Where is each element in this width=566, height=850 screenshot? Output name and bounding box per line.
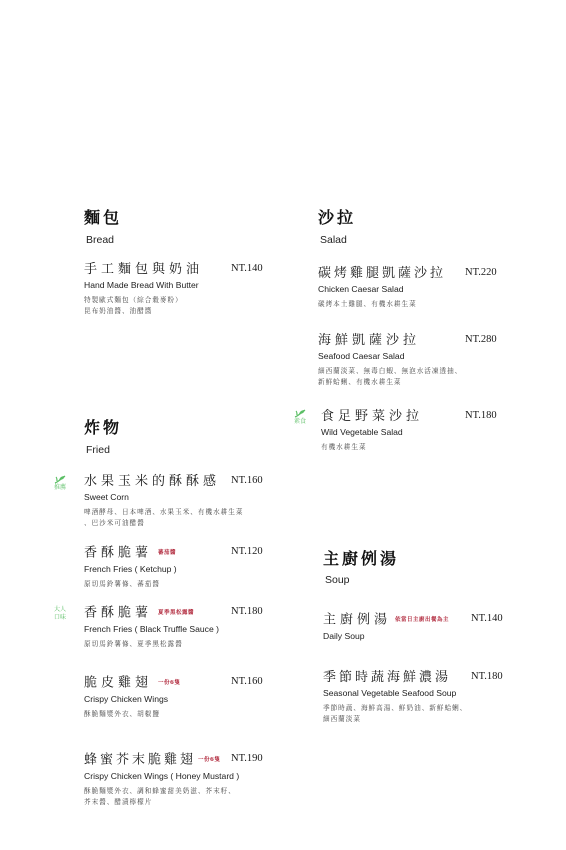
menu-item-wild-vegetable: 食足野菜沙拉 NT.180 Wild Vegetable Salad 有機水耕生…: [321, 409, 518, 453]
item-name-en: Sweet Corn: [84, 492, 270, 502]
item-name-en: Seasonal Vegetable Seafood Soup: [323, 688, 518, 698]
item-description: 細西蘭淡菜、無毒白蝦、無泡水活凍透抽、 新鮮蛤蜊、有機水耕生菜: [318, 366, 518, 388]
menu-item-fries-ketchup: 香酥脆薯蕃茄醬 NT.120 French Fries ( Ketchup ) …: [84, 545, 270, 590]
item-note: 一份6隻: [158, 680, 180, 686]
section-subtitle-soup: Soup: [325, 574, 350, 586]
item-price: NT.140: [471, 613, 503, 624]
item-name-zh: 主廚例湯: [323, 613, 391, 628]
item-description: 季節時蔬、海鮮高湯、鮮奶油、新鮮蛤蜊、 細西蘭淡菜: [323, 703, 518, 725]
item-price: NT.180: [465, 410, 497, 421]
item-price: NT.180: [471, 671, 503, 682]
section-subtitle-salad: Salad: [320, 234, 347, 246]
item-name-zh: 香酥脆薯: [84, 606, 152, 621]
menu-item-chicken-caesar: 碳烤雞腿凱薩沙拉 NT.220 Chicken Caesar Salad 碳烤本…: [318, 266, 518, 310]
item-name-zh: 蜂蜜芥末脆雞翅: [84, 753, 196, 768]
item-name-en: Crispy Chicken Wings ( Honey Mustard ): [84, 771, 270, 781]
item-price: NT.120: [231, 546, 263, 557]
section-subtitle-fried: Fried: [86, 444, 110, 456]
badge-recommended: 推薦: [48, 474, 72, 492]
menu-item-chicken-wings: 脆皮雞翅一份6隻 NT.160 Crispy Chicken Wings 酥脆麵…: [84, 675, 270, 720]
item-name-en: French Fries ( Black Truffle Sauce ): [84, 624, 270, 634]
item-description: 酥脆麵漿外衣、調和蜂蜜甜美奶滋、芥末籽、 芥末醬、醋漬檸檬片: [84, 786, 270, 808]
item-note: 蕃茄醬: [158, 550, 176, 556]
item-price: NT.280: [465, 334, 497, 345]
menu-item-fries-truffle: 香酥脆薯夏季黑松露醬 NT.180 French Fries ( Black T…: [84, 605, 270, 650]
item-description: 啤酒酵母、日本啤酒、水果玉米、有機水耕生菜 、巴沙米可油醋醬: [84, 507, 270, 529]
item-price: NT.220: [465, 267, 497, 278]
item-price: NT.160: [231, 676, 263, 687]
item-description: 碳烤本土雞腿、有機水耕生菜: [318, 299, 518, 310]
section-title-bread: 麵包: [84, 205, 122, 228]
item-note: 依當日主廚出餐為主: [395, 617, 449, 623]
item-name-en: Chicken Caesar Salad: [318, 284, 518, 294]
item-description: 有機水耕生菜: [321, 442, 518, 453]
item-name-en: Seafood Caesar Salad: [318, 351, 518, 361]
menu-item-seafood-caesar: 海鮮凱薩沙拉 NT.280 Seafood Caesar Salad 細西蘭淡菜…: [318, 333, 518, 388]
section-title-salad: 沙拉: [318, 205, 356, 228]
item-name-en: Crispy Chicken Wings: [84, 694, 270, 704]
item-price: NT.180: [231, 606, 263, 617]
item-description: 原切馬鈴薯條、蕃茄醬: [84, 579, 270, 590]
item-name-en: French Fries ( Ketchup ): [84, 564, 270, 574]
menu-item-seafood-soup: 季節時蔬海鮮濃湯 NT.180 Seasonal Vegetable Seafo…: [323, 670, 518, 725]
item-name-en: Hand Made Bread With Butter: [84, 280, 270, 290]
leaf-icon: [53, 474, 67, 484]
menu-item-daily-soup: 主廚例湯依當日主廚出餐為主 NT.140 Daily Soup: [323, 612, 518, 641]
item-name-zh: 脆皮雞翅: [84, 676, 152, 691]
menu-item-sweet-corn: 水果玉米的酥酥感 NT.160 Sweet Corn 啤酒酵母、日本啤酒、水果玉…: [84, 474, 270, 529]
section-title-soup: 主廚例湯: [323, 546, 399, 569]
item-price: NT.160: [231, 475, 263, 486]
menu-item-honey-mustard-wings: 蜂蜜芥末脆雞翅一份6隻 NT.190 Crispy Chicken Wings …: [84, 752, 270, 808]
leaf-icon: [293, 408, 307, 418]
section-title-fried: 炸物: [84, 415, 122, 438]
item-price: NT.190: [231, 753, 263, 764]
item-name-zh: 香酥脆薯: [84, 546, 152, 561]
item-description: 原切馬鈴薯條、夏季黑松露醬: [84, 639, 270, 650]
menu-item-bread-butter: 手工麵包與奶油 NT.140 Hand Made Bread With Butt…: [84, 262, 270, 317]
item-note: 夏季黑松露醬: [158, 610, 194, 616]
item-price: NT.140: [231, 263, 263, 274]
item-description: 特製歐式麵包（綜合穀麥粉） 昆布奶油醬、油醋醬: [84, 295, 270, 317]
badge-adult-taste: 大人 口味: [48, 606, 72, 622]
section-subtitle-bread: Bread: [86, 234, 114, 246]
item-name-en: Daily Soup: [323, 631, 518, 641]
badge-vegetarian: 素食: [288, 408, 312, 426]
item-name-en: Wild Vegetable Salad: [321, 427, 518, 437]
item-description: 酥脆麵漿外衣、胡椒鹽: [84, 709, 270, 720]
item-note: 一份6隻: [198, 757, 220, 763]
